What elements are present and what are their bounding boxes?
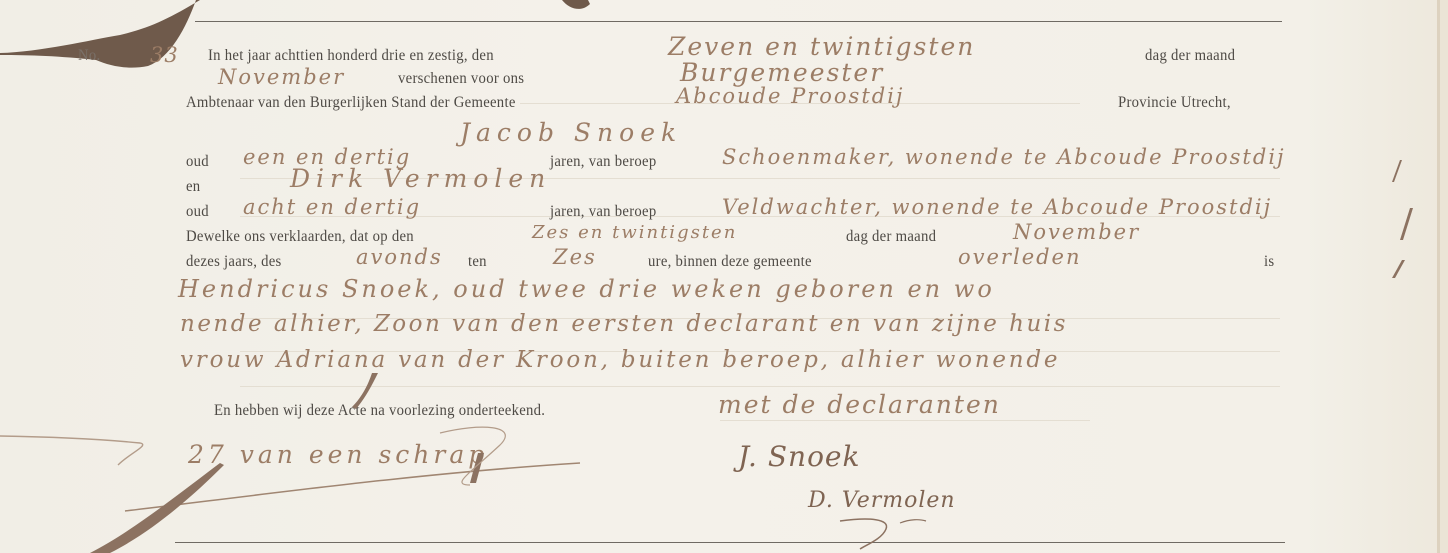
line9-hand-hour: Zes bbox=[553, 245, 597, 269]
line9-printed-ure-binnen: ure, binnen deze gemeente bbox=[648, 253, 812, 271]
line6-hand-declarant2-name: Dirk Vermolen bbox=[290, 164, 551, 193]
line-end-slashes bbox=[1380, 160, 1420, 280]
ink-blot-top-left bbox=[0, 0, 230, 80]
guide-line bbox=[720, 420, 1090, 421]
line1-printed-dag-der-maand: dag der maand bbox=[1145, 47, 1235, 65]
line8-printed-dag-der-maand: dag der maand bbox=[846, 228, 936, 246]
line7-hand-age2: acht en dertig bbox=[243, 195, 421, 219]
line5-hand-occupation1: Schoenmaker, wonende te Abcoude Proostdi… bbox=[722, 145, 1286, 169]
line9-printed-ten: ten bbox=[468, 253, 487, 271]
pen-strokes-lower bbox=[0, 373, 720, 553]
line12-hand-mother: vrouw Adriana van der Kroon, buiten bero… bbox=[180, 347, 1060, 373]
ink-mark-top bbox=[560, 0, 600, 14]
line7-printed-oud: oud bbox=[186, 203, 209, 221]
signature-vermolen: D. Vermolen bbox=[808, 488, 956, 513]
line2-hand-month: November bbox=[218, 65, 345, 89]
line9-hand-event: overleden bbox=[958, 245, 1082, 269]
signature-snoek: J. Snoek bbox=[738, 440, 860, 473]
document-page: No. 33 In het jaar achttien honderd drie… bbox=[0, 0, 1448, 553]
line1-printed-intro: In het jaar achttien honderd drie en zes… bbox=[208, 47, 494, 65]
line1-hand-day: Zeven en twintigsten bbox=[668, 32, 975, 61]
line8-printed-dewelke: Dewelke ons verklaarden, dat op den bbox=[186, 228, 414, 246]
top-rule bbox=[195, 21, 1282, 22]
line2-hand-official: Burgemeester bbox=[680, 58, 884, 87]
record-number-prefix: No. bbox=[78, 47, 101, 65]
line9-printed-is: is bbox=[1264, 253, 1274, 271]
line13-hand-declaranten: met de declaranten bbox=[718, 390, 1001, 419]
line3-printed-ambtenaar: Ambtenaar van den Burgerlijken Stand der… bbox=[186, 94, 516, 112]
line4-hand-declarant1-name: Jacob Snoek bbox=[460, 118, 682, 147]
line11-hand-parents: nende alhier, Zoon van den eersten decla… bbox=[180, 311, 1068, 337]
line5-printed-oud: oud bbox=[186, 153, 209, 171]
signature-flourish bbox=[830, 515, 950, 553]
record-number: 33 bbox=[150, 43, 179, 67]
line5-printed-jaren: jaren, van beroep bbox=[550, 153, 656, 171]
page-gutter-shade bbox=[1440, 0, 1448, 553]
line9-printed-dezes-jaars: dezes jaars, des bbox=[186, 253, 282, 271]
line3-hand-municipality: Abcoude Proostdij bbox=[676, 84, 904, 108]
line3-printed-provincie: Provincie Utrecht, bbox=[1118, 94, 1231, 112]
line7-hand-occupation2: Veldwachter, wonende te Abcoude Proostdi… bbox=[722, 195, 1272, 219]
line7-printed-jaren: jaren, van beroep bbox=[550, 203, 656, 221]
line2-printed-verschenen: verschenen voor ons bbox=[398, 70, 524, 88]
line9-hand-daypart: avonds bbox=[356, 245, 443, 269]
line8-hand-death-month: November bbox=[1013, 220, 1140, 244]
line6-printed-en: en bbox=[186, 178, 200, 196]
line10-hand-deceased: Hendricus Snoek, oud twee drie weken geb… bbox=[178, 275, 995, 303]
line8-hand-death-day: Zes en twintigsten bbox=[532, 222, 737, 243]
